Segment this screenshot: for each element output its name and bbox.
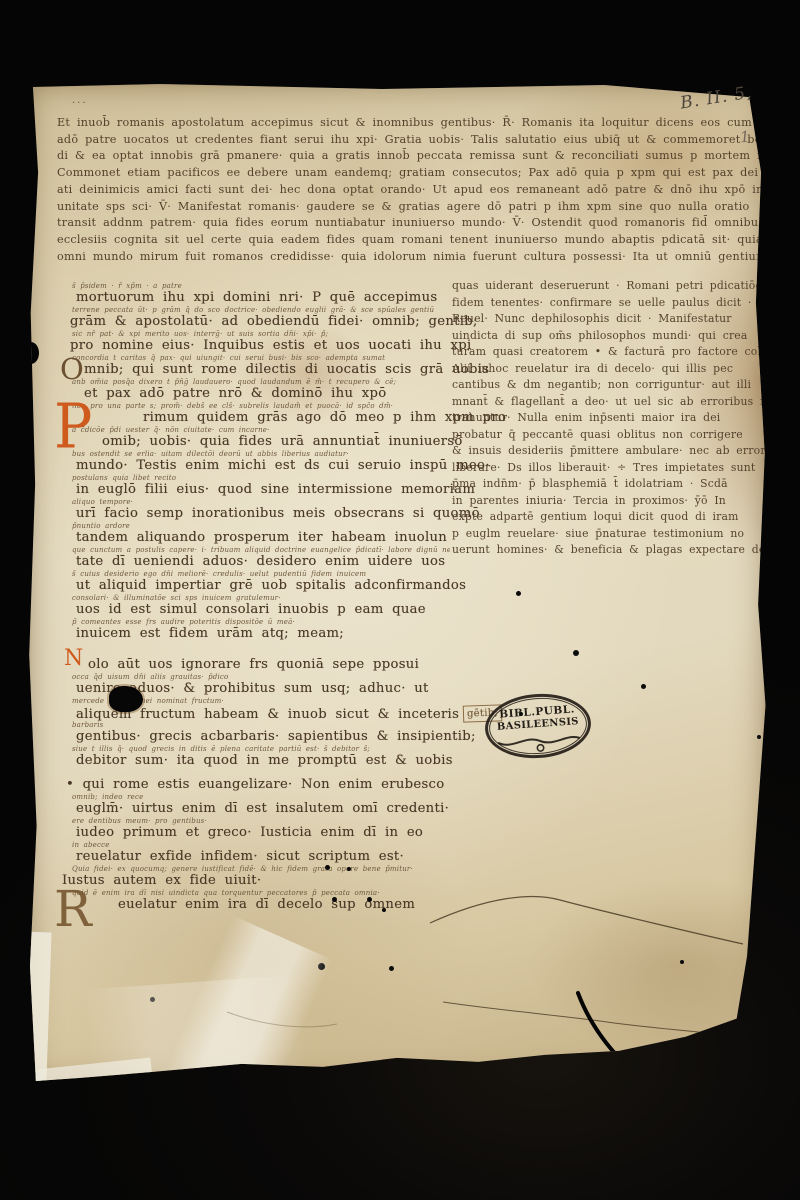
flyspeck <box>680 960 684 964</box>
text-line: urī facio semp inorationibus meis obsecr… <box>58 506 450 521</box>
text-line: tate dī ueniendi aduos· desidero enim ui… <box>58 554 450 569</box>
interlinear-gloss: postulans quia libet recito <box>58 474 450 482</box>
commentary-line: turam quasi creatorem • & facturā pro fa… <box>452 344 762 361</box>
flyspeck <box>389 966 394 971</box>
interlinear-gloss: s̄ p̄sidem · r̄ xp̄m · a patre <box>58 282 450 290</box>
interlinear-gloss: bus ostendit̄ se erlia· uitam dilectōi d… <box>58 450 450 458</box>
commentary-line: mnant̄ & flagellant̄ a deo· ut uel sic a… <box>452 394 762 411</box>
manuscript-page: Et inuob̄ romanis apostolatum accepimus … <box>27 82 767 1087</box>
flyspeck <box>757 735 761 739</box>
commentary-line: p euglm reuelare· siue p̄naturae testimo… <box>452 526 762 543</box>
interlinear-gloss: p̄ comeantes esse frs audire poteritis d… <box>58 618 450 626</box>
commentary-line: Alii inhoc reuelatur ira di decelo· qui … <box>452 361 762 378</box>
commentary-line: uindicta di sup om̄s philosophos mundi· … <box>452 328 762 345</box>
flyspeck <box>367 897 372 902</box>
commentary-line: omni mundo mirum fuit romanos credidisse… <box>57 249 747 266</box>
commentary-line: ecclesiis cognita sit uel certe quia ead… <box>57 232 747 249</box>
text-line: mnib; qui sunt rome dilectis di uocatis … <box>58 362 450 377</box>
text-line: debitor sum· ita quod in me promptū est … <box>58 753 450 768</box>
interlinear-gloss: concordia t̄ caritas q̄ pax· qui uiungit… <box>58 354 450 362</box>
text-line: tandem aliquando prosperum iter habeam i… <box>58 530 450 545</box>
text-line: pro nomine eius· Inquibus estis et uos u… <box>58 338 450 353</box>
text-line: reuelatur exfide infidem· sicut scriptum… <box>58 849 450 864</box>
commentary-line: cantibus & dm negantib; non corriguntur·… <box>452 377 762 394</box>
main-text-column: s̄ p̄sidem · r̄ xp̄m · a patremortuorum … <box>58 282 450 913</box>
flyspeck <box>382 908 386 912</box>
flyspeck <box>516 591 521 596</box>
text-line: euglm̄· uirtus enim dī est insalutem omī… <box>58 801 450 816</box>
commentary-line: Commonet etiam pacificos ee debere unam … <box>57 165 747 182</box>
flyspeck <box>325 865 330 870</box>
interlinear-gloss: barbaris <box>58 721 450 729</box>
interlinear-gloss: quid ē enim ira dī nisi uindicta qua tor… <box>58 889 450 897</box>
commentary-line: Et inuob̄ romanis apostolatum accepimus … <box>57 115 747 132</box>
commentary-line: in parentes iniuria· Tercia in proximos·… <box>452 493 762 510</box>
initial-R: R <box>54 884 92 934</box>
commentary-line: p̄ma indn̄m· p̄ blasphemiā t̄ idolatriam… <box>452 476 762 493</box>
interlinear-gloss: terrene peccata ūt· p grām q̄ do sco doc… <box>58 306 450 314</box>
interlinear-gloss: in abecce <box>58 841 450 849</box>
text-line: in euglō filii eius· quod sine intermiss… <box>58 482 450 497</box>
text-line: omib; uobis· quia fides urā annuntiat̄ i… <box>58 434 450 449</box>
text-line: iudeo primum et greco· Iusticia enim dī … <box>58 825 450 840</box>
commentary-line: transit addnm patrem· quia fides eorum n… <box>57 215 747 232</box>
interlinear-gloss: que cunctum a postulis capere· i· tribua… <box>58 546 450 554</box>
flyspeck <box>332 897 337 902</box>
text-line: euelatur enim ira dī decelo sup omnem <box>58 897 450 912</box>
commentary-line: quas uiderant deseruerunt · Romani petri… <box>452 278 762 295</box>
commentary-line: exp̄te adpartē gentium loqui dicit quod … <box>452 509 762 526</box>
interlinear-gloss: s̄ cuius desiderio ego dn̄i meliorē· cre… <box>58 570 450 578</box>
commentary-line: Reuel· Nunc dephilosophis dicit · Manife… <box>452 311 762 328</box>
text-line: uos id est simul consolari inuobis p eam… <box>58 602 450 617</box>
edge-ink-blot <box>23 342 39 364</box>
text-line: mundo· Testis enim michi est ds cui seru… <box>58 458 450 473</box>
commentary-line: liberare· Ds illos liberauit· ÷ Tres imp… <box>452 460 762 477</box>
commentary-line: fidem tenentes· confirmare se uelle paul… <box>452 295 762 312</box>
interlinear-gloss: Quia fidei· ex quocumq; genere iustifica… <box>58 865 450 873</box>
corner-pen-marks: ··· <box>72 98 88 109</box>
text-line: rimum quidem grās ago dō meo p ihm xpm p… <box>58 410 450 425</box>
text-line: Iustus autem ex fide uiuit· <box>58 873 450 888</box>
text-line: inuicem est fidem urām atq; meam; <box>58 626 450 641</box>
commentary-line: di & ea optat innobis grā pmanere· quia … <box>57 148 747 165</box>
text-line: gentibus· grecis acbarbaris· sapientibus… <box>58 729 450 744</box>
text-line: • qui rome estis euangelizare· Non enim … <box>58 777 450 792</box>
library-stamp: BIBL.PUBL. BASILEENSIS <box>483 690 593 761</box>
interlinear-gloss: consolari· & illuminatōe sci sps inuicem… <box>58 594 450 602</box>
commentary-line: adō patre uocatos ut credentes fiant ser… <box>57 132 747 149</box>
text-line: mortuorum ihu xpi domini nri· P quē acce… <box>58 290 450 305</box>
interlinear-gloss <box>58 769 450 777</box>
text-line: grām & apostolatū· ad obediendū fidei· o… <box>58 314 450 329</box>
repair-strip <box>18 932 51 1083</box>
text-line: olo aūt uos ignorare frs quoniā sepe ppo… <box>58 657 450 672</box>
flyspeck <box>519 712 523 716</box>
parchment-tear <box>578 993 628 1067</box>
flyspeck <box>347 867 351 871</box>
interlinear-gloss: siue t̄ illis q̄· quod grecis in ditis ē… <box>58 745 450 753</box>
header-commentary-block: Et inuob̄ romanis apostolatum accepimus … <box>57 115 747 265</box>
interlinear-gloss: omnib; indeo rece <box>58 793 450 801</box>
interlinear-gloss: sic nr̄ pat̄· & xpi merito uos· interrḡ… <box>58 330 450 338</box>
initial-N: N <box>64 648 83 670</box>
commentary-line: uerunt homines· & beneficia & plagas exp… <box>452 542 762 559</box>
interlinear-gloss <box>58 649 450 657</box>
interlinear-gloss: p̄nuntio ardore <box>58 522 450 530</box>
text-line: ut aliquid impertiar grē uob spitalis ad… <box>58 578 450 593</box>
commentary-line: probatur q̄ peccantē quasi oblitus non c… <box>452 427 762 444</box>
interlinear-gloss: a c̄dicōe p̄di uester q̄· nōn ciuitate· … <box>58 426 450 434</box>
commentary-line: & insuis desideriis p̄mittere ambulare· … <box>452 443 762 460</box>
flyspeck <box>641 684 646 689</box>
photo-stage: Et inuob̄ romanis apostolatum accepimus … <box>0 0 800 1200</box>
interlinear-gloss: anb̄ om̄ia posq̄a dixero t̄ p̄n̄ḡ lauda… <box>58 378 450 386</box>
commentary-line: trahuntur· Nulla enim inp̄senti maior ir… <box>452 410 762 427</box>
commentary-line: ati deinimicis amici facti sunt dei· hec… <box>57 182 747 199</box>
right-commentary-column: quas uiderant deseruerunt · Romani petri… <box>452 278 762 559</box>
ink-blot-hole <box>109 686 143 712</box>
pale-patch <box>82 974 311 1129</box>
interlinear-gloss: ere dentibus meum· pro gentibus· <box>58 817 450 825</box>
interlinear-gloss: aliquo tempore· <box>58 498 450 506</box>
interlinear-gloss: non pro una parte s; prom̄· debs̄ ee cls… <box>58 402 450 410</box>
folio-number: 1 <box>739 128 750 147</box>
commentary-line: unitate sps sci· V̄· Manifestat romanis·… <box>57 199 747 216</box>
interlinear-gloss: occa q̄d uisum dn̄i aliis grauitas· p̄di… <box>58 673 450 681</box>
text-line: et pax adō patre nrō & dominō ihu xpō <box>58 386 450 401</box>
flyspeck <box>573 650 579 656</box>
